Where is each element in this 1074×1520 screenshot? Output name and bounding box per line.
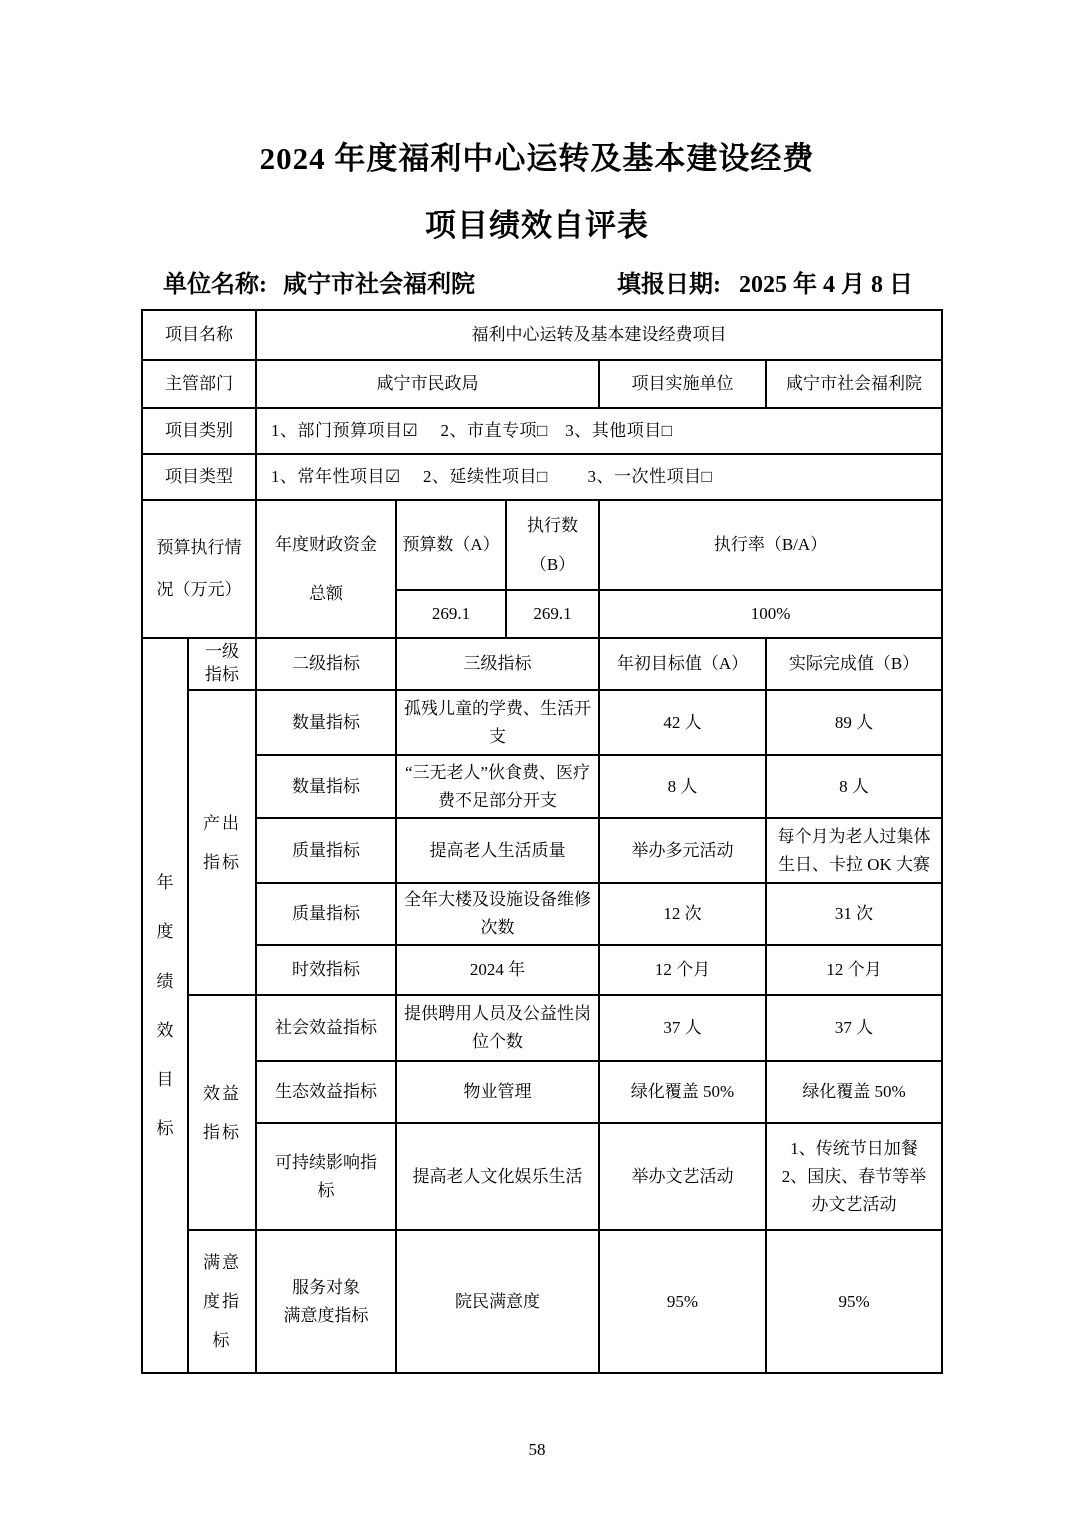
indicator-target: 举办文艺活动	[599, 1123, 766, 1230]
indicator-l2: 数量指标	[256, 755, 396, 818]
row-budget-header: 预算执行情 况（万元） 年度财政资金 总额 预算数（A） 执行数 （B） 执行率…	[142, 500, 942, 590]
indicator-actual: 37 人	[766, 995, 942, 1061]
exec-col-header: 执行数 （B）	[506, 500, 599, 590]
indicator-l2: 时效指标	[256, 945, 396, 995]
indicator-l2: 可持续影响指 标	[256, 1123, 396, 1230]
indicator-target: 12 个月	[599, 945, 766, 995]
indicator-l3: 院民满意度	[396, 1230, 599, 1373]
group-output-indicators: 产出 指标	[188, 690, 256, 995]
unit-name-value: 咸宁市社会福利院	[283, 272, 475, 298]
project-name-label: 项目名称	[142, 310, 256, 360]
indicator-row: 质量指标 全年大楼及设施设备维修次数 12 次 31 次	[142, 883, 942, 945]
indicator-l2: 数量指标	[256, 690, 396, 755]
performance-self-evaluation-table: 项目名称 福利中心运转及基本建设经费项目 主管部门 咸宁市民政局 项目实施单位 …	[141, 309, 943, 1374]
unit-name: 单位名称: 咸宁市社会福利院	[163, 264, 475, 299]
indicator-target: 举办多元活动	[599, 818, 766, 883]
indicator-actual: 绿化覆盖 50%	[766, 1061, 942, 1123]
indicator-row: 可持续影响指 标 提高老人文化娱乐生活 举办文艺活动 1、传统节日加餐 2、国庆…	[142, 1123, 942, 1230]
row-indicator-header: 年 度 绩 效 目 标 一级 指标 二级指标 三级指标 年初目标值（A） 实际完…	[142, 638, 942, 690]
header-level1: 一级 指标	[188, 638, 256, 690]
project-name-value: 福利中心运转及基本建设经费项目	[256, 310, 942, 360]
header-level3: 三级指标	[396, 638, 599, 690]
indicator-target: 37 人	[599, 995, 766, 1061]
indicator-row: 时效指标 2024 年 12 个月 12 个月	[142, 945, 942, 995]
dept-value: 咸宁市民政局	[256, 360, 599, 408]
type-label: 项目类型	[142, 454, 256, 500]
type-checkbox-options: 1、常年性项目☑ 2、延续性项目□ 3、一次性项目□	[256, 454, 942, 500]
row-project-name: 项目名称 福利中心运转及基本建设经费项目	[142, 310, 942, 360]
header-target: 年初目标值（A）	[599, 638, 766, 690]
indicator-row: 质量指标 提高老人生活质量 举办多元活动 每个月为老人过集体生日、卡拉 OK 大…	[142, 818, 942, 883]
document-title-line2: 项目绩效自评表	[0, 207, 1074, 244]
indicator-l3: 孤残儿童的学费、生活开支	[396, 690, 599, 755]
document-title-line1: 2024 年度福利中心运转及基本建设经费	[0, 0, 1074, 177]
budget-total-label: 年度财政资金 总额	[256, 500, 396, 638]
header-actual: 实际完成值（B）	[766, 638, 942, 690]
rate-col-header: 执行率（B/A）	[599, 500, 942, 590]
indicator-row: 生态效益指标 物业管理 绿化覆盖 50% 绿化覆盖 50%	[142, 1061, 942, 1123]
exec-amount-value: 269.1	[506, 590, 599, 638]
indicator-row: 效益 指标 社会效益指标 提供聘用人员及公益性岗位个数 37 人 37 人	[142, 995, 942, 1061]
indicator-target: 12 次	[599, 883, 766, 945]
indicator-target: 42 人	[599, 690, 766, 755]
indicator-l2: 生态效益指标	[256, 1061, 396, 1123]
report-date: 填报日期: 2025 年 4 月 8 日	[617, 264, 913, 299]
indicator-target: 绿化覆盖 50%	[599, 1061, 766, 1123]
indicator-actual: 每个月为老人过集体生日、卡拉 OK 大赛	[766, 818, 942, 883]
indicator-l2: 社会效益指标	[256, 995, 396, 1061]
indicator-actual: 31 次	[766, 883, 942, 945]
indicator-row: 产出 指标 数量指标 孤残儿童的学费、生活开支 42 人 89 人	[142, 690, 942, 755]
indicator-l2: 质量指标	[256, 818, 396, 883]
indicator-actual: 1、传统节日加餐 2、国庆、春节等举 办文艺活动	[766, 1123, 942, 1230]
budget-section-label: 预算执行情 况（万元）	[142, 500, 256, 638]
indicator-target: 8 人	[599, 755, 766, 818]
indicator-l3: 提高老人生活质量	[396, 818, 599, 883]
category-label: 项目类别	[142, 408, 256, 454]
indicator-target: 95%	[599, 1230, 766, 1373]
header-level2: 二级指标	[256, 638, 396, 690]
report-date-label: 填报日期:	[617, 272, 721, 298]
impl-unit-label: 项目实施单位	[599, 360, 766, 408]
indicator-l3: 提供聘用人员及公益性岗位个数	[396, 995, 599, 1061]
unit-name-label: 单位名称:	[163, 272, 267, 298]
document-page: 2024 年度福利中心运转及基本建设经费 项目绩效自评表 单位名称: 咸宁市社会…	[0, 0, 1074, 1520]
indicator-l3: 全年大楼及设施设备维修次数	[396, 883, 599, 945]
indicator-row: 数量指标 “三无老人”伙食费、医疗费不足部分开支 8 人 8 人	[142, 755, 942, 818]
row-project-type: 项目类型 1、常年性项目☑ 2、延续性项目□ 3、一次性项目□	[142, 454, 942, 500]
exec-rate-value: 100%	[599, 590, 942, 638]
indicator-l3: 提高老人文化娱乐生活	[396, 1123, 599, 1230]
category-checkbox-options: 1、部门预算项目☑ 2、市直专项□ 3、其他项目□	[256, 408, 942, 454]
indicator-actual: 95%	[766, 1230, 942, 1373]
page-number: 58	[0, 1440, 1074, 1460]
group-benefit-indicators: 效益 指标	[188, 995, 256, 1230]
indicator-actual: 89 人	[766, 690, 942, 755]
row-department: 主管部门 咸宁市民政局 项目实施单位 咸宁市社会福利院	[142, 360, 942, 408]
budget-col-header: 预算数（A）	[396, 500, 506, 590]
budget-amount-value: 269.1	[396, 590, 506, 638]
indicator-l3: 物业管理	[396, 1061, 599, 1123]
indicator-actual: 12 个月	[766, 945, 942, 995]
indicator-l3: 2024 年	[396, 945, 599, 995]
indicator-l2: 服务对象 满意度指标	[256, 1230, 396, 1373]
indicator-l2: 质量指标	[256, 883, 396, 945]
annual-performance-side-label: 年 度 绩 效 目 标	[142, 638, 188, 1373]
indicator-actual: 8 人	[766, 755, 942, 818]
info-line: 单位名称: 咸宁市社会福利院 填报日期: 2025 年 4 月 8 日	[141, 264, 941, 299]
group-satisfaction-indicators: 满意 度指 标	[188, 1230, 256, 1373]
row-project-category: 项目类别 1、部门预算项目☑ 2、市直专项□ 3、其他项目□	[142, 408, 942, 454]
indicator-l3: “三无老人”伙食费、医疗费不足部分开支	[396, 755, 599, 818]
report-date-value: 2025 年 4 月 8 日	[739, 272, 913, 298]
impl-unit-value: 咸宁市社会福利院	[766, 360, 942, 408]
indicator-row: 满意 度指 标 服务对象 满意度指标 院民满意度 95% 95%	[142, 1230, 942, 1373]
dept-label: 主管部门	[142, 360, 256, 408]
